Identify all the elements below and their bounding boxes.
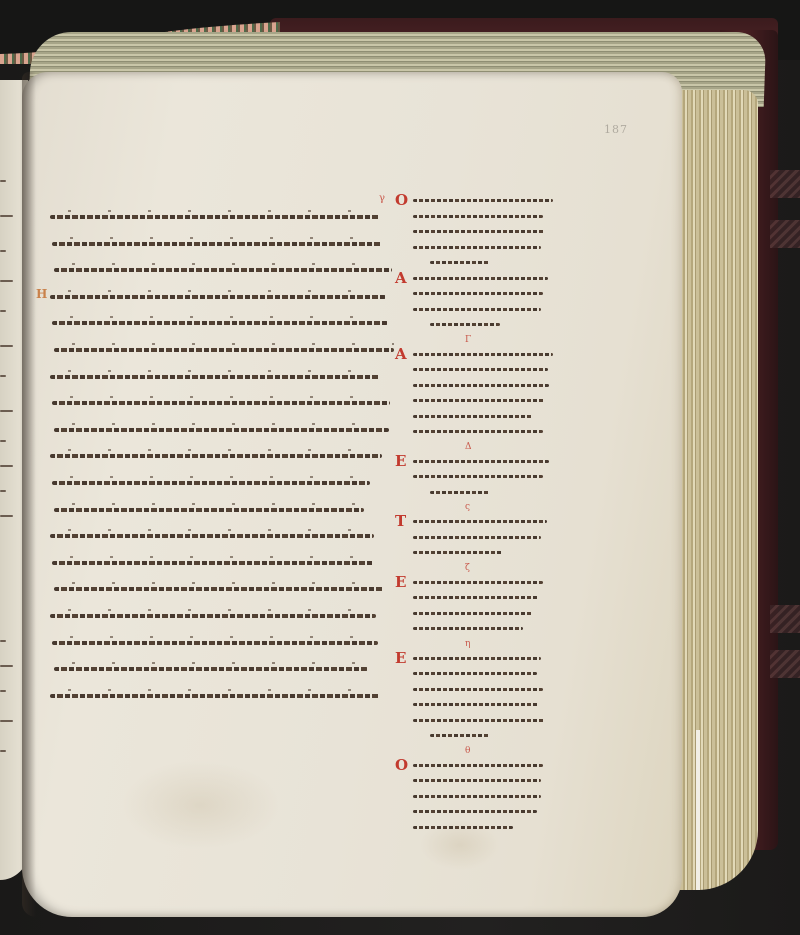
section-number-mark: Δ bbox=[465, 442, 472, 452]
facing-page-script-fragment bbox=[0, 750, 6, 752]
facing-page-script-fragment bbox=[0, 690, 6, 692]
commentary-line bbox=[405, 758, 555, 774]
commentary-line bbox=[405, 454, 555, 470]
commentary-line bbox=[405, 362, 555, 378]
handwritten-script bbox=[50, 534, 374, 538]
handwritten-script bbox=[413, 657, 541, 660]
commentary-line bbox=[405, 621, 555, 637]
commentary-line bbox=[405, 820, 555, 836]
facing-page-script-fragment bbox=[0, 465, 13, 467]
commentary-entry: Α bbox=[405, 347, 555, 440]
section-number-mark: γ bbox=[379, 193, 385, 204]
handwritten-script bbox=[50, 215, 380, 219]
handwritten-script bbox=[413, 826, 513, 829]
commentary-entry: Ε bbox=[405, 454, 555, 501]
text-line bbox=[50, 311, 400, 338]
handwritten-script bbox=[413, 399, 545, 402]
commentary-line bbox=[405, 193, 555, 209]
text-line bbox=[50, 258, 400, 285]
text-line bbox=[50, 684, 400, 711]
text-line bbox=[50, 205, 400, 232]
facing-page-script-fragment bbox=[0, 250, 6, 252]
text-line bbox=[50, 604, 400, 631]
handwritten-script bbox=[413, 627, 523, 630]
section-number-mark: Γ bbox=[465, 335, 471, 345]
text-line bbox=[50, 232, 400, 259]
commentary-line bbox=[405, 286, 555, 302]
text-line bbox=[50, 418, 400, 445]
text-line bbox=[50, 657, 400, 684]
margin-initial: Η bbox=[36, 287, 47, 301]
commentary-entry: Ε bbox=[405, 575, 555, 637]
handwritten-script bbox=[413, 199, 553, 202]
facing-page-script-fragment bbox=[0, 215, 13, 217]
facing-page-script-fragment bbox=[0, 280, 13, 282]
handwritten-script bbox=[413, 764, 543, 767]
commentary-line bbox=[405, 682, 555, 698]
handwritten-script bbox=[52, 401, 390, 405]
commentary-line bbox=[405, 409, 555, 425]
main-text-column: Η bbox=[50, 205, 400, 710]
loose-leaf-edge bbox=[696, 730, 700, 890]
commentary-line bbox=[405, 575, 555, 591]
clasp-strap-upper-2 bbox=[770, 220, 800, 248]
facing-page-script-fragment bbox=[0, 310, 6, 312]
handwritten-script bbox=[50, 454, 382, 458]
handwritten-script bbox=[413, 475, 543, 478]
commentary-line bbox=[405, 347, 555, 363]
handwritten-script bbox=[413, 688, 543, 691]
text-line bbox=[50, 471, 400, 498]
commentary-line bbox=[405, 789, 555, 805]
commentary-line bbox=[405, 606, 555, 622]
handwritten-script bbox=[413, 551, 503, 554]
text-line bbox=[50, 444, 400, 471]
commentary-line bbox=[405, 697, 555, 713]
commentary-line bbox=[405, 255, 555, 271]
commentary-line bbox=[405, 317, 555, 333]
text-line bbox=[50, 551, 400, 578]
commentary-line bbox=[405, 378, 555, 394]
section-number-mark: θ bbox=[465, 746, 470, 756]
handwritten-script bbox=[54, 508, 364, 512]
text-line bbox=[50, 365, 400, 392]
clasp-strap-upper bbox=[770, 170, 800, 198]
handwritten-script bbox=[52, 242, 382, 246]
commentary-entry: Ογ bbox=[405, 193, 555, 271]
handwritten-script bbox=[430, 734, 490, 737]
commentary-line bbox=[405, 713, 555, 729]
facing-page-script-fragment bbox=[0, 640, 6, 642]
commentary-line bbox=[405, 224, 555, 240]
facing-page-script-fragment bbox=[0, 515, 13, 517]
text-line bbox=[50, 631, 400, 658]
facing-page-script-fragment bbox=[0, 180, 6, 182]
commentary-line bbox=[405, 469, 555, 485]
commentary-entry: Α bbox=[405, 271, 555, 333]
commentary-column: ΟγΑΓΑΔΕςΤζΕηΕθΟ bbox=[405, 193, 555, 835]
commentary-line bbox=[405, 545, 555, 561]
facing-page-script-fragment bbox=[0, 490, 6, 492]
facing-page-script-fragment bbox=[0, 440, 6, 442]
text-line bbox=[50, 338, 400, 365]
handwritten-script bbox=[413, 779, 541, 782]
handwritten-script bbox=[52, 561, 374, 565]
text-line bbox=[50, 577, 400, 604]
handwritten-script bbox=[413, 612, 533, 615]
handwritten-script bbox=[50, 614, 376, 618]
commentary-line bbox=[405, 240, 555, 256]
handwritten-script bbox=[413, 596, 538, 599]
gutter-shadow bbox=[22, 72, 36, 917]
section-number-mark: ζ bbox=[465, 563, 470, 573]
text-line bbox=[50, 285, 400, 312]
handwritten-script bbox=[54, 268, 392, 272]
handwritten-script bbox=[413, 810, 537, 813]
handwritten-script bbox=[413, 308, 541, 311]
handwritten-script bbox=[430, 491, 490, 494]
handwritten-script bbox=[413, 415, 533, 418]
commentary-line bbox=[405, 393, 555, 409]
commentary-line bbox=[405, 271, 555, 287]
handwritten-script bbox=[413, 368, 548, 371]
handwritten-script bbox=[413, 719, 545, 722]
commentary-line bbox=[405, 804, 555, 820]
stain bbox=[120, 760, 280, 850]
text-line bbox=[50, 524, 400, 551]
handwritten-script bbox=[52, 321, 388, 325]
facing-page-script-fragment bbox=[0, 410, 13, 412]
handwritten-script bbox=[430, 261, 490, 264]
handwritten-script bbox=[52, 641, 378, 645]
handwritten-script bbox=[413, 460, 549, 463]
commentary-line bbox=[405, 590, 555, 606]
facing-page-script-fragment bbox=[0, 665, 13, 667]
handwritten-script bbox=[54, 587, 384, 591]
commentary-entry: Ο bbox=[405, 758, 555, 836]
text-line bbox=[50, 391, 400, 418]
commentary-line bbox=[405, 651, 555, 667]
handwritten-script bbox=[413, 384, 549, 387]
commentary-line bbox=[405, 773, 555, 789]
commentary-line bbox=[405, 666, 555, 682]
clasp-strap-lower-2 bbox=[770, 650, 800, 678]
handwritten-script bbox=[54, 348, 394, 352]
handwritten-script bbox=[54, 667, 368, 671]
handwritten-script bbox=[52, 481, 370, 485]
handwritten-script bbox=[413, 581, 543, 584]
commentary-line bbox=[405, 514, 555, 530]
commentary-line bbox=[405, 728, 555, 744]
section-number-mark: ς bbox=[465, 502, 470, 512]
handwritten-script bbox=[413, 292, 543, 295]
facing-page-script-fragment bbox=[0, 345, 13, 347]
handwritten-script bbox=[50, 295, 386, 299]
commentary-line bbox=[405, 485, 555, 501]
text-line bbox=[50, 498, 400, 525]
section-number-mark: η bbox=[465, 639, 470, 649]
facing-page-script-fragment bbox=[0, 720, 13, 722]
handwritten-script bbox=[413, 430, 543, 433]
clasp-strap-lower bbox=[770, 605, 800, 633]
handwritten-script bbox=[413, 520, 547, 523]
folio-number: 187 bbox=[604, 123, 628, 136]
handwritten-script bbox=[413, 215, 543, 218]
handwritten-script bbox=[430, 323, 500, 326]
handwritten-script bbox=[54, 428, 389, 432]
handwritten-script bbox=[413, 353, 553, 356]
commentary-line bbox=[405, 302, 555, 318]
handwritten-script bbox=[50, 694, 380, 698]
handwritten-script bbox=[50, 375, 380, 379]
handwritten-script bbox=[413, 246, 541, 249]
handwritten-script bbox=[413, 795, 541, 798]
handwritten-script bbox=[413, 277, 548, 280]
handwritten-script bbox=[413, 230, 545, 233]
commentary-entry: Τ bbox=[405, 514, 555, 561]
commentary-line bbox=[405, 530, 555, 546]
commentary-line bbox=[405, 209, 555, 225]
handwritten-script bbox=[413, 703, 539, 706]
handwritten-script bbox=[413, 536, 541, 539]
facing-page-script-fragment bbox=[0, 375, 6, 377]
handwritten-script bbox=[413, 672, 537, 675]
commentary-entry: Ε bbox=[405, 651, 555, 744]
commentary-line bbox=[405, 424, 555, 440]
